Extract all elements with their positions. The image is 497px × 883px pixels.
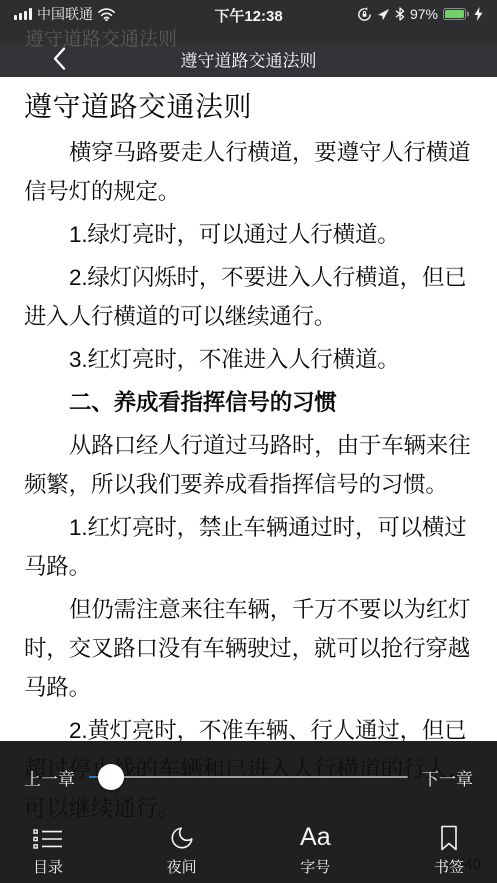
next-chapter-button[interactable]: 下一章 [422, 765, 473, 790]
progress-slider[interactable] [89, 763, 408, 791]
body-line: 2.绿灯闪烁时，不要进入人行横道，但已 [24, 258, 481, 297]
toolbar-item-contents[interactable]: 目录 [20, 823, 76, 877]
body-line: 马路。 [24, 547, 481, 586]
body-line: 3.红灯亮时，不准进入人行横道。 [24, 340, 481, 379]
body-line: 时，交叉路口没有车辆驶过，就可以抢行穿越 [24, 629, 481, 668]
body-line: 进入人行横道的可以继续通行。 [24, 297, 481, 336]
body-line: 但仍需注意来往车辆，千万不要以为红灯 [24, 590, 481, 629]
reader-screen: 遵守道路交通法则 横穿马路要走人行横道，要遵守人行横道 信号灯的规定。 1.绿灯… [0, 0, 497, 883]
status-bar: 中国联通 下午12:38 [0, 0, 497, 28]
toolbar-item-font-size[interactable]: Aa 字号 [287, 823, 343, 877]
battery-percent-label: 97% [410, 6, 438, 22]
slider-track[interactable] [89, 776, 408, 778]
slider-thumb[interactable] [98, 764, 124, 790]
bookmark-icon [438, 823, 460, 851]
body-line: 1.绿灯亮时，可以通过人行横道。 [24, 215, 481, 254]
orientation-lock-icon [357, 7, 372, 22]
toolbar-label-font-size: 字号 [300, 856, 330, 877]
toolbar-label-contents: 目录 [33, 856, 63, 877]
nav-bar: 遵守道路交通法则 [0, 44, 497, 77]
font-size-icon: Aa [300, 823, 331, 851]
body-line: 从路口经人行道过马路时，由于车辆来往 [24, 426, 481, 465]
battery-icon [443, 8, 469, 20]
bluetooth-icon [395, 7, 405, 21]
reader-menu-overlay: 上一章 下一章 目 [0, 741, 497, 883]
chevron-left-icon [52, 46, 66, 70]
toolbar-item-bookmark[interactable]: 书签 [421, 823, 477, 877]
body-line: 横穿马路要走人行横道，要遵守人行横道 [24, 133, 481, 172]
body-line: 频繁，所以我们要养成看指挥信号的习惯。 [24, 465, 481, 504]
nav-title: 遵守道路交通法则 [181, 46, 317, 71]
section-subheading: 二、养成看指挥信号的习惯 [24, 383, 481, 422]
prev-chapter-button[interactable]: 上一章 [24, 765, 75, 790]
back-button[interactable] [48, 46, 70, 70]
body-line: 1.红灯亮时，禁止车辆通过时，可以横过 [24, 508, 481, 547]
running-chapter-label: 遵守道路交通法则 [25, 28, 177, 47]
location-arrow-icon [377, 8, 390, 21]
carrier-label: 中国联通 [37, 4, 93, 24]
body-line: 信号灯的规定。 [24, 172, 481, 211]
charging-bolt-icon [474, 7, 483, 21]
reader-toolbar: 目录 夜间 Aa 字号 [0, 823, 497, 877]
toolbar-label-bookmark: 书签 [434, 856, 464, 877]
toolbar-item-night-mode[interactable]: 夜间 [154, 823, 210, 877]
chapter-heading: 遵守道路交通法则 [24, 85, 481, 129]
moon-icon [169, 823, 195, 851]
signal-bars-icon [14, 8, 32, 20]
body-line: 马路。 [24, 668, 481, 707]
toolbar-label-night-mode: 夜间 [167, 856, 197, 877]
wifi-icon [98, 8, 115, 21]
top-bar-block: 中国联通 下午12:38 [0, 0, 497, 77]
clock: 下午12:38 [214, 5, 282, 26]
list-icon [33, 823, 63, 851]
